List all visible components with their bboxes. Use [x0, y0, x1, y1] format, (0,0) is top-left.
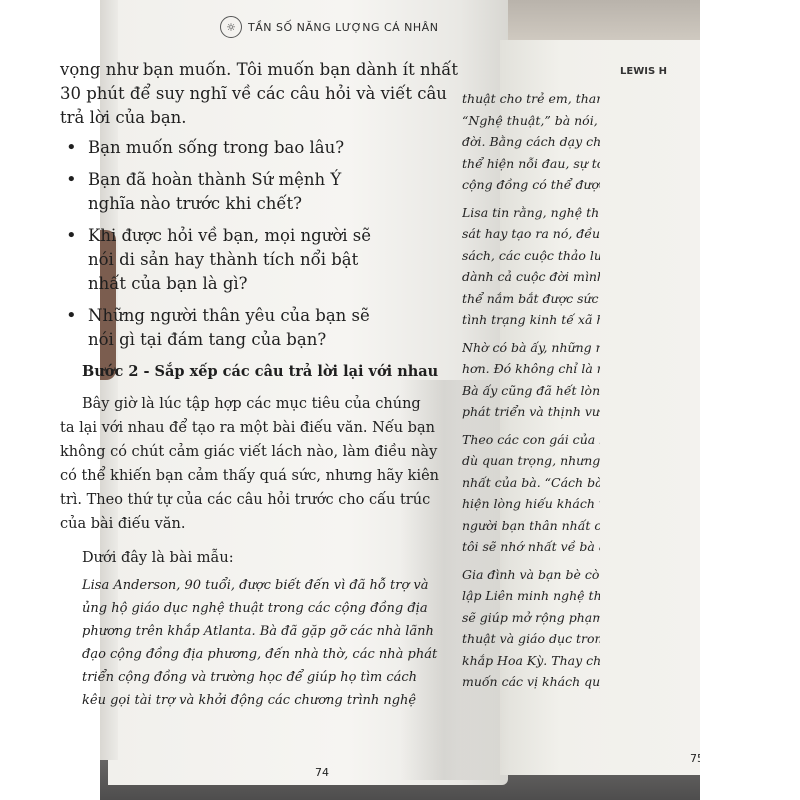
right-running-header: LEWIS H — [620, 66, 667, 77]
sample-intro: Dưới đây là bài mẫu: — [60, 546, 390, 570]
text-line: “Nghệ thuật,” bà nói, “c — [462, 110, 600, 132]
text-line: hơn. Đó không chỉ là ngh — [462, 358, 600, 380]
book-title: TẦN SỐ NĂNG LƯỢNG CÁ NHÂN — [248, 21, 438, 34]
text-line: phát triển và thịnh vượng — [462, 401, 600, 423]
text-line: Bà ấy cũng đã hết lòng g — [462, 380, 600, 402]
left-page-body: vọng như bạn muốn. Tôi muốn bạn dành ít … — [60, 58, 390, 712]
left-running-header: ☼ TẦN SỐ NĂNG LƯỢNG CÁ NHÂN — [220, 16, 438, 38]
question-item: Những người thân yêu của bạn sẽ nói gì t… — [60, 304, 390, 352]
paragraph-line: Bây giờ là lúc tập hợp các mục tiêu của … — [60, 392, 390, 416]
text-line: thuật cho trẻ em, thanh — [462, 88, 600, 110]
intro-line: 30 phút để suy nghĩ về các câu hỏi và vi… — [60, 82, 390, 106]
text-line: Nhờ có bà ấy, những ngư — [462, 337, 600, 359]
text-line: nhất của bà. “Cách bà ấy — [462, 472, 600, 494]
text-line: sách, các cuộc thảo luận x — [462, 245, 600, 267]
right-paragraph: thuật cho trẻ em, thanh “Nghệ thuật,” bà… — [462, 88, 600, 196]
paragraph-line: không có chút cảm giác viết lách nào, là… — [60, 440, 390, 464]
text-line: tình trạng kinh tế xã hội c — [462, 309, 600, 331]
text-line: thể hiện nỗi đau, sự tồn th — [462, 153, 600, 175]
page-number-left: 74 — [315, 766, 329, 779]
intro-line: trả lời của bạn. — [60, 106, 390, 130]
question-item: Bạn muốn sống trong bao lâu? — [60, 136, 390, 160]
text-line: Gia đình và bạn bè còn s — [462, 564, 600, 586]
question-item: Khi được hỏi về bạn, mọi người sẽ nói di… — [60, 224, 390, 296]
sun-face-icon: ☼ — [220, 16, 242, 38]
right-paragraph: Lisa tin rằng, nghệ thuật, sát hay tạo r… — [462, 202, 600, 331]
right-paragraph: Theo các con gái của bà, dù quan trọng, … — [462, 429, 600, 558]
text-line: muốn các vị khách quyên g — [462, 671, 600, 693]
question-list: Bạn muốn sống trong bao lâu? Bạn đã hoàn… — [60, 136, 390, 352]
text-line: hiện lòng hiếu khách và đ — [462, 493, 600, 515]
text-line: Theo các con gái của bà, — [462, 429, 600, 451]
right-page-body: thuật cho trẻ em, thanh “Nghệ thuật,” bà… — [462, 88, 600, 699]
page-number-right: 75 — [690, 752, 700, 765]
text-line: dù quan trọng, nhưng kh — [462, 450, 600, 472]
section-heading: Bước 2 - Sắp xếp các câu trả lời lại với… — [82, 360, 390, 384]
text-line: dành cả cuộc đời mình đ — [462, 266, 600, 288]
paragraph-line: trì. Theo thứ tự của các câu hỏi trước c… — [60, 488, 390, 512]
question-item: Bạn đã hoàn thành Sứ mệnh Ý nghĩa nào tr… — [60, 168, 390, 216]
paragraph-line: của bài điếu văn. — [60, 512, 390, 536]
sample-line: ủng hộ giáo dục nghệ thuật trong các cộn… — [60, 597, 390, 620]
text-line: lập Liên minh nghệ thuật — [462, 585, 600, 607]
right-paragraph: Nhờ có bà ấy, những ngư hơn. Đó không ch… — [462, 337, 600, 423]
right-paragraph: Gia đình và bạn bè còn s lập Liên minh n… — [462, 564, 600, 693]
text-line: sát hay tạo ra nó, đều có — [462, 223, 600, 245]
intro-line: vọng như bạn muốn. Tôi muốn bạn dành ít … — [60, 58, 390, 82]
text-line: cộng đồng có thể được tha — [462, 174, 600, 196]
paragraph-line: có thể khiến bạn cảm thấy quá sức, nhưng… — [60, 464, 390, 488]
text-line: Lisa tin rằng, nghệ thuật, — [462, 202, 600, 224]
sample-line: phương trên khắp Atlanta. Bà đã gặp gỡ c… — [60, 620, 390, 643]
text-line: thuật và giáo dục trong — [462, 628, 600, 650]
sample-line: đạo cộng đồng địa phương, đến nhà thờ, c… — [60, 643, 390, 666]
text-line: khắp Hoa Kỳ. Thay cho ho — [462, 650, 600, 672]
text-line: thể nắm bắt được sức m — [462, 288, 600, 310]
sample-line: triển cộng đồng và trường học để giúp họ… — [60, 666, 390, 689]
text-line: đời. Bằng cách dạy cho nh — [462, 131, 600, 153]
sample-line: Lisa Anderson, 90 tuổi, được biết đến vì… — [60, 574, 390, 597]
sample-line: kêu gọi tài trợ và khởi động các chương … — [60, 689, 390, 712]
text-line: sẽ giúp mở rộng phạm vi — [462, 607, 600, 629]
text-line: người bạn thân nhất của — [462, 515, 600, 537]
text-line: tôi sẽ nhớ nhất về bà ấy.” — [462, 536, 600, 558]
paragraph-line: ta lại với nhau để tạo ra một bài điếu v… — [60, 416, 390, 440]
